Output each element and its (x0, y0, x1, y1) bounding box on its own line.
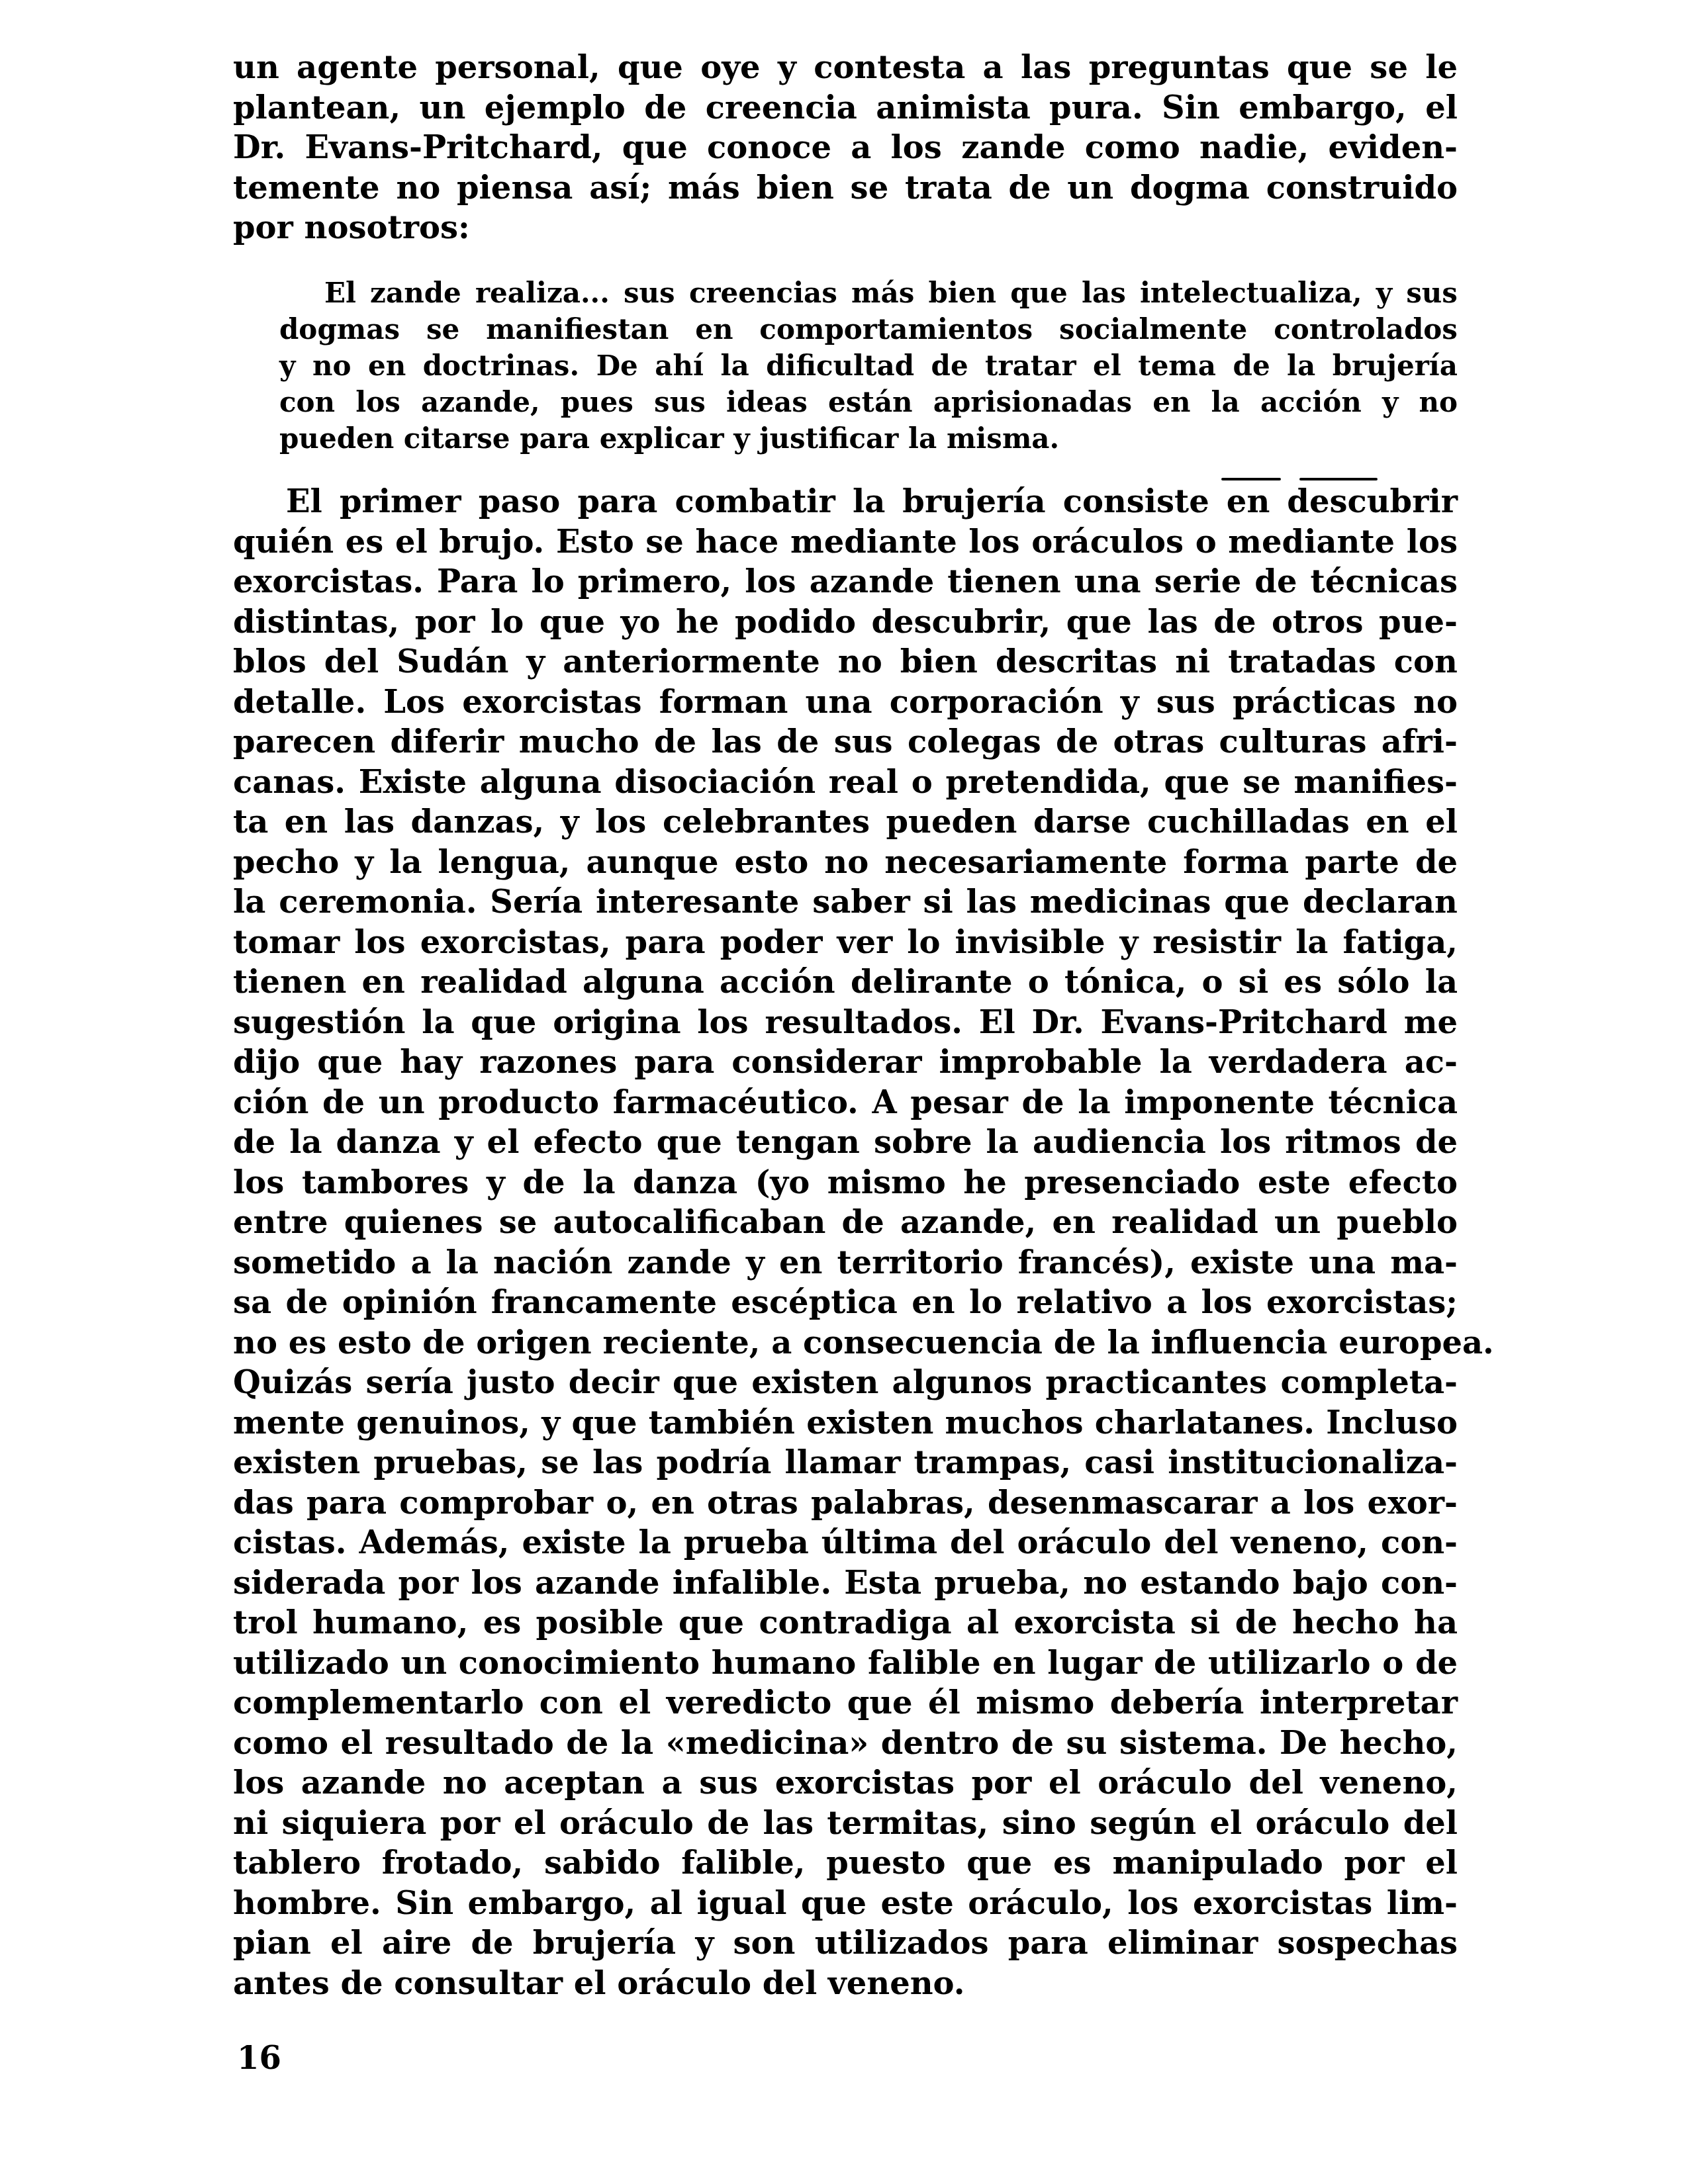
text-line: parecen diferir mucho de las de sus cole… (233, 722, 1458, 762)
text-line: canas. Existe alguna disociación real o … (233, 762, 1458, 803)
text-line: Quizás sería justo decir que existen alg… (233, 1363, 1458, 1403)
text-line: como el resultado de la «medicina» dentr… (233, 1723, 1458, 1764)
book-page: un agente personal, que oye y contesta a… (0, 0, 1688, 2184)
text-line: detalle. Los exorcistas forman una corpo… (233, 682, 1458, 723)
quote-line: dogmas se manifiestan en comportamientos… (279, 311, 1458, 347)
text-line: trol humano, es posible que contradiga a… (233, 1603, 1458, 1643)
text-line: tablero frotado, sabido falible, puesto … (233, 1843, 1458, 1884)
text-line: hombre. Sin embargo, al igual que este o… (233, 1884, 1458, 1924)
paragraph-main: El primer paso para combatir la brujería… (233, 482, 1458, 2003)
quote-line: pueden citarse para explicar y justifica… (279, 420, 1458, 457)
text-line: El primer paso para combatir la brujería… (233, 482, 1458, 522)
text-line: quién es el brujo. Esto se hace mediante… (233, 522, 1458, 563)
text-line: existen pruebas, se las podría llamar tr… (233, 1443, 1458, 1483)
text-line: ta en las danzas, y los celebrantes pued… (233, 802, 1458, 842)
text-line: los tambores y de la danza (yo mismo he … (233, 1163, 1458, 1203)
text-line: entre quienes se autocalificaban de azan… (233, 1203, 1458, 1243)
text-line: por nosotros: (233, 208, 1458, 248)
text-line: pecho y la lengua, aunque esto no necesa… (233, 842, 1458, 883)
text-line: ción de un producto farmacéutico. A pesa… (233, 1083, 1458, 1123)
text-line: mente genuinos, y que también existen mu… (233, 1403, 1458, 1443)
text-line: antes de consultar el oráculo del veneno… (233, 1964, 1458, 2004)
text-line: distintas, por lo que yo he podido descu… (233, 602, 1458, 643)
text-line: sa de opinión francamente escéptica en l… (233, 1283, 1458, 1323)
text-line: temente no piensa así; más bien se trata… (233, 168, 1458, 208)
quote-line: El zande realiza... sus creencias más bi… (279, 275, 1458, 311)
text-line: utilizado un conocimiento humano falible… (233, 1643, 1458, 1684)
text-line: blos del Sudán y anteriormente no bien d… (233, 642, 1458, 682)
text-line: das para comprobar o, en otras palabras,… (233, 1483, 1458, 1524)
text-line: sugestión la que origina los resultados.… (233, 1003, 1458, 1043)
text-line: Dr. Evans-Pritchard, que conoce a los za… (233, 128, 1458, 168)
text-line: tienen en realidad alguna acción deliran… (233, 962, 1458, 1003)
text-line: plantean, un ejemplo de creencia animist… (233, 88, 1458, 128)
text-line: sometido a la nación zande y en territor… (233, 1243, 1458, 1283)
text-line: un agente personal, que oye y contesta a… (233, 48, 1458, 88)
text-line: complementarlo con el veredicto que él m… (233, 1683, 1458, 1723)
text-line: de la danza y el efecto que tengan sobre… (233, 1122, 1458, 1163)
page-number: 16 (237, 2040, 281, 2077)
scan-artifact (1221, 478, 1393, 482)
quote-line: con los azande, pues sus ideas están apr… (279, 384, 1458, 420)
paragraph-intro: un agente personal, que oye y contesta a… (233, 48, 1458, 248)
text-line: siderada por los azande infalible. Esta … (233, 1563, 1458, 1604)
text-line: no es esto de origen reciente, a consecu… (233, 1323, 1458, 1363)
quote-line: y no en doctrinas. De ahí la dificultad … (279, 347, 1458, 384)
text-line: exorcistas. Para lo primero, los azande … (233, 562, 1458, 602)
text-line: tomar los exorcistas, para poder ver lo … (233, 923, 1458, 963)
block-quote: El zande realiza... sus creencias más bi… (279, 275, 1458, 457)
text-line: cistas. Además, existe la prueba última … (233, 1523, 1458, 1563)
text-line: los azande no aceptan a sus exorcistas p… (233, 1763, 1458, 1803)
text-line: ni siquiera por el oráculo de las termit… (233, 1803, 1458, 1844)
text-line: pian el aire de brujería y son utilizado… (233, 1923, 1458, 1964)
text-line: dijo que hay razones para considerar imp… (233, 1042, 1458, 1083)
text-line: la ceremonia. Sería interesante saber si… (233, 882, 1458, 923)
